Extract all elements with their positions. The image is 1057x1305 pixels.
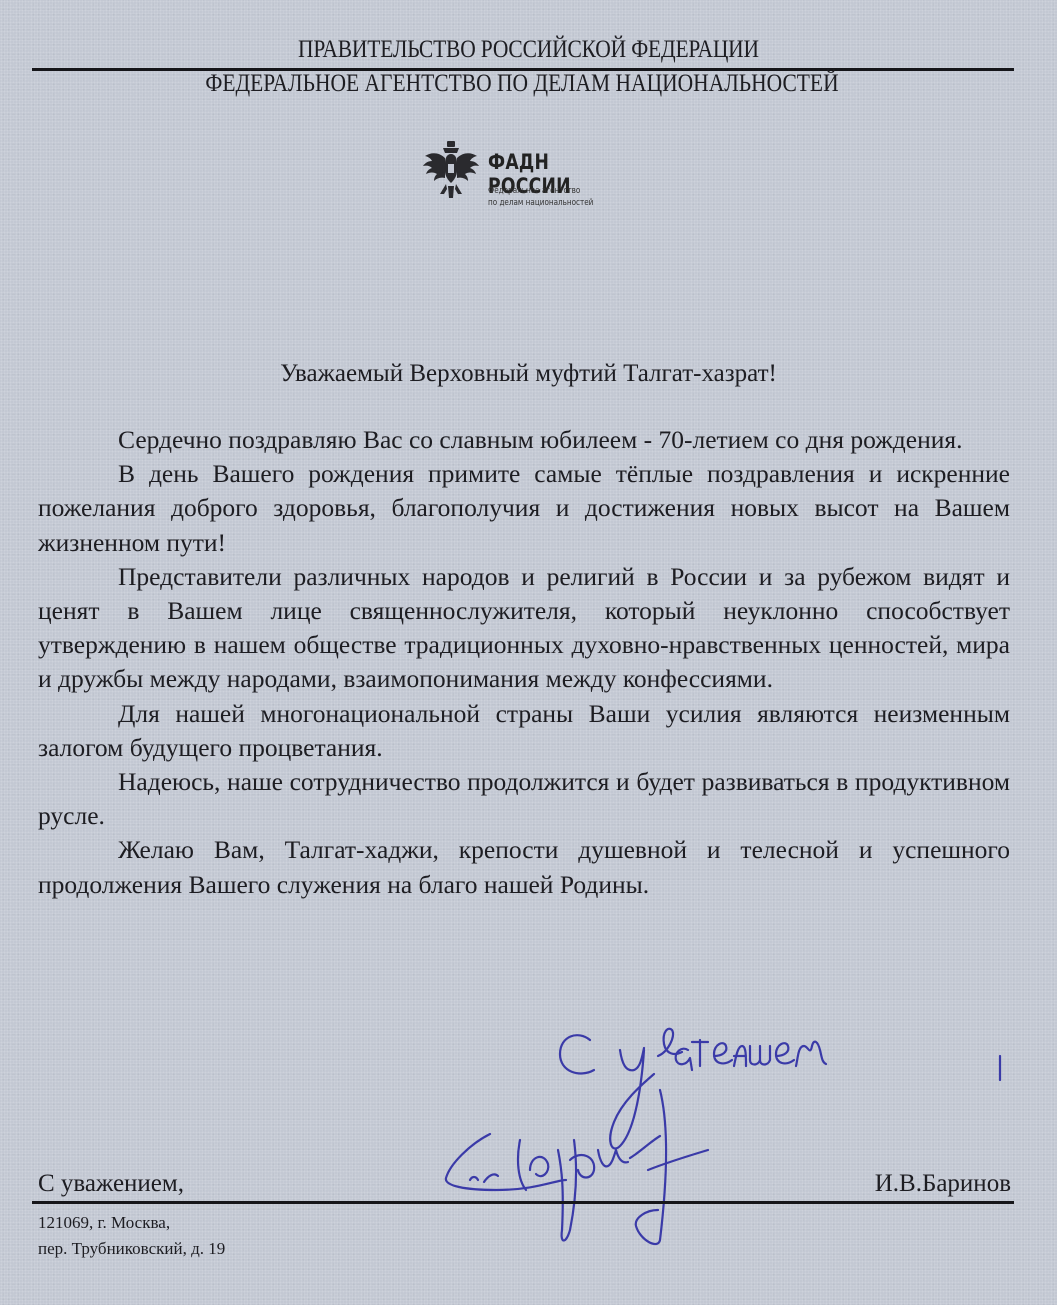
address-line-2: пер. Трубниковский, д. 19 <box>38 1236 225 1262</box>
paragraph: Надеюсь, наше сотрудничество продолжится… <box>38 765 1010 833</box>
paragraph: В день Вашего рождения примите самые тёп… <box>38 457 1010 560</box>
logo-subtitle-line1: Федеральное агентство <box>488 185 593 197</box>
letter-body: Сердечно поздравляю Вас со славным юбиле… <box>38 423 1010 902</box>
footer-address: 121069, г. Москва, пер. Трубниковский, д… <box>38 1210 225 1262</box>
paragraph: Желаю Вам, Талгат-хаджи, крепости душевн… <box>38 833 1010 901</box>
footer-rule <box>32 1201 1014 1204</box>
logo-subtitle-line2: по делам национальностей <box>488 197 593 209</box>
letterhead-government: ПРАВИТЕЛЬСТВО РОССИЙСКОЙ ФЕДЕРАЦИИ <box>74 36 983 64</box>
paragraph: Для нашей многонациональной страны Ваши … <box>38 697 1010 765</box>
double-headed-eagle-icon <box>420 140 482 202</box>
address-line-1: 121069, г. Москва, <box>38 1210 225 1236</box>
signatory-name: И.В.Баринов <box>875 1170 1011 1198</box>
letterhead-agency: ФЕДЕРАЛЬНОЕ АГЕНТСТВО ПО ДЕЛАМ НАЦИОНАЛЬ… <box>73 70 971 98</box>
salutation: Уважаемый Верховный муфтий Талгат-хазрат… <box>0 360 1057 388</box>
paragraph: Сердечно поздравляю Вас со славным юбиле… <box>38 423 1010 457</box>
paragraph: Представители различных народов и религи… <box>38 560 1010 697</box>
agency-logo: ФАДН РОССИИ Федеральное агентство по дел… <box>418 136 638 212</box>
closing-phrase: С уважением, <box>38 1170 184 1198</box>
logo-subtitle: Федеральное агентство по делам националь… <box>488 185 593 209</box>
handwritten-signature <box>430 1010 1030 1260</box>
